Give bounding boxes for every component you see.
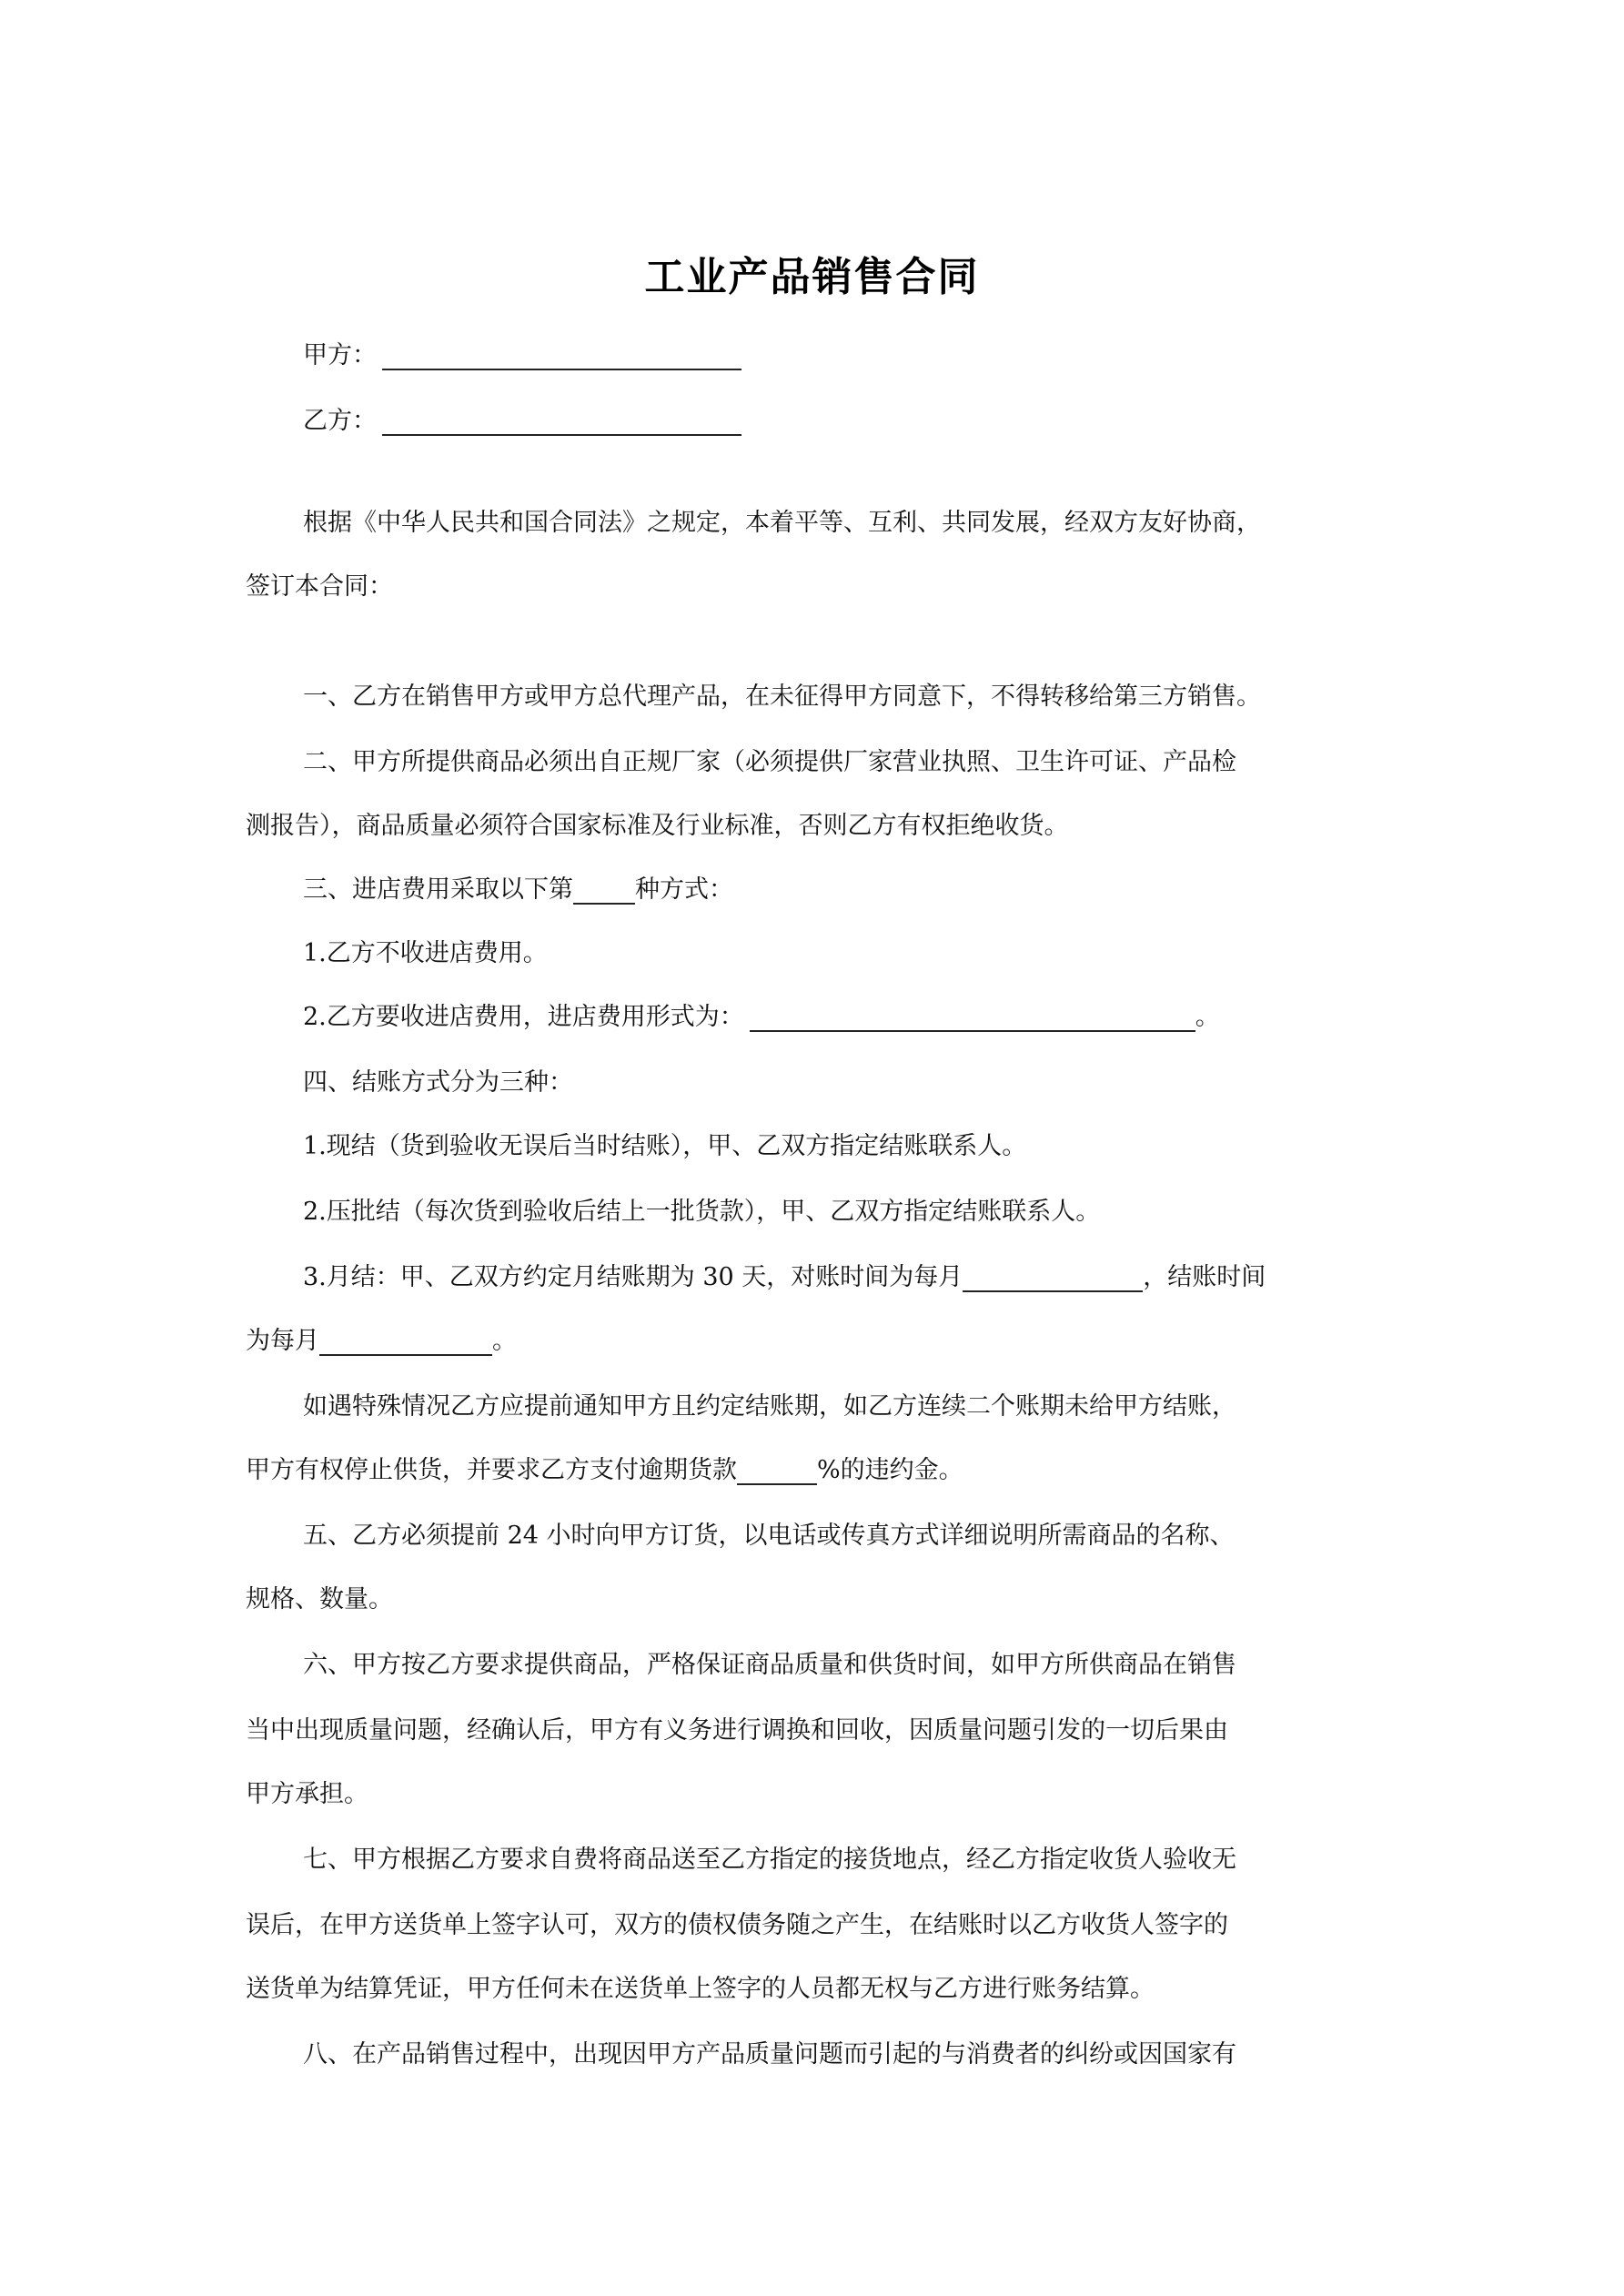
special-case-line-1: 如遇特殊情况乙方应提前通知甲方且约定结账期，如乙方连续二个账期未给甲方结账， (303, 1386, 1236, 1421)
clause-7-line-2: 误后，在甲方送货单上签字认可，双方的债权债务随之产生，在结账时以乙方收货人签字的 (246, 1905, 1228, 1940)
clause-2-line-2: 测报告），商品质量必须符合国家标准及行业标准，否则乙方有权拒绝收货。 (246, 805, 1069, 841)
document-title: 工业产品销售合同 (0, 244, 1624, 302)
clause-4-option-3-mid: ，结账时间 (1143, 1263, 1266, 1291)
clause-5-line-2: 规格、数量。 (246, 1579, 393, 1614)
clause-4: 四、结账方式分为三种： (303, 1062, 573, 1097)
period: 。 (492, 1327, 517, 1355)
party-b-row: 乙方： (303, 400, 741, 436)
clause-3-option-blank[interactable] (573, 879, 635, 905)
clause-1: 一、乙方在销售甲方或甲方总代理产品，在未征得甲方同意下，不得转移给第三方销售。 (303, 676, 1261, 712)
special-case-line-2-post: %的违约金。 (817, 1456, 963, 1484)
clause-4-option-3-text: 3.月结：甲、乙双方约定月结账期为 30 天，对账时间为每月 (303, 1263, 963, 1291)
special-case-line-2-text: 甲方有权停止供货，并要求乙方支付逾期货款 (246, 1456, 737, 1484)
clause-7-line-1: 七、甲方根据乙方要求自费将商品送至乙方指定的接货地点，经乙方指定收货人验收无 (303, 1839, 1236, 1875)
period: 。 (1195, 1003, 1220, 1031)
party-b-label: 乙方： (303, 407, 377, 435)
party-a-label: 甲方： (303, 341, 377, 369)
party-b-blank[interactable] (382, 409, 741, 436)
clause-6-line-2: 当中出现质量问题，经确认后，甲方有义务进行调换和回收，因质量问题引发的一切后果由 (246, 1710, 1228, 1745)
clause-2-line-1: 二、甲方所提供商品必须出自正规厂家（必须提供厂家营业执照、卫生许可证、产品检 (303, 742, 1236, 777)
clause-4-option-3-line-2-text: 为每月 (246, 1327, 319, 1355)
contract-page: 工业产品销售合同 甲方： 乙方： 根据《中华人民共和国合同法》之规定，本着平等、… (0, 0, 1624, 2296)
preamble-line-1: 根据《中华人民共和国合同法》之规定，本着平等、互利、共同发展，经双方友好协商， (303, 502, 1261, 538)
clause-3-text-post: 种方式： (635, 875, 733, 904)
clause-3-option-1: 1.乙方不收进店费用。 (303, 933, 548, 968)
clause-6-line-3: 甲方承担。 (246, 1774, 368, 1809)
clause-3-option-2: 2.乙方要收进店费用，进店费用形式为：。 (303, 996, 1220, 1032)
clause-3-text-pre: 三、进店费用采取以下第 (303, 875, 573, 904)
clause-4-option-3-line-1: 3.月结：甲、乙双方约定月结账期为 30 天，对账时间为每月，结账时间 (303, 1257, 1266, 1292)
party-a-blank[interactable] (382, 343, 741, 370)
party-a-row: 甲方： (303, 335, 741, 370)
reconcile-date-blank[interactable] (963, 1267, 1143, 1292)
clause-3: 三、进店费用采取以下第种方式： (303, 869, 733, 905)
clause-4-option-1: 1.现结（货到验收无误后当时结账），甲、乙双方指定结账联系人。 (303, 1126, 1026, 1161)
clause-8-line-1: 八、在产品销售过程中，出现因甲方产品质量问题而引起的与消费者的纠纷或因国家有 (303, 2034, 1236, 2069)
clause-5-line-1: 五、乙方必须提前 24 小时向甲方订货，以电话或传真方式详细说明所需商品的名称、 (303, 1515, 1235, 1551)
special-case-line-2: 甲方有权停止供货，并要求乙方支付逾期货款%的违约金。 (246, 1450, 963, 1485)
preamble-line-2: 签订本合同： (246, 566, 393, 602)
clause-4-option-2: 2.压批结（每次货到验收后结上一批货款），甲、乙双方指定结账联系人。 (303, 1191, 1100, 1227)
clause-7-line-3: 送货单为结算凭证，甲方任何未在送货单上签字的人员都无权与乙方进行账务结算。 (246, 1968, 1155, 2004)
penalty-percent-blank[interactable] (737, 1460, 817, 1485)
clause-3-option-2-text: 2.乙方要收进店费用，进店费用形式为： (303, 1003, 744, 1031)
settlement-date-blank[interactable] (319, 1330, 492, 1356)
clause-6-line-1: 六、甲方按乙方要求提供商品，严格保证商品质量和供货时间，如甲方所供商品在销售 (303, 1644, 1236, 1680)
entry-fee-form-blank[interactable] (750, 1006, 1195, 1032)
clause-4-option-3-line-2: 为每月。 (246, 1320, 517, 1356)
